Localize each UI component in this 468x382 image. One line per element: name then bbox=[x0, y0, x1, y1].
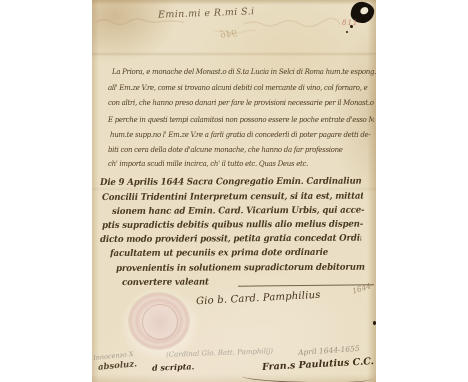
ink-blot-fleck bbox=[360, 7, 369, 15]
pencil-note-daterange: April 1644-1655 bbox=[298, 344, 360, 357]
embossed-seal bbox=[128, 292, 190, 350]
archive-number-red: 811 bbox=[342, 19, 358, 27]
ink-note-absolut: absoluz. bbox=[98, 359, 138, 372]
fold-crease bbox=[92, 53, 376, 55]
petition-line: La Priora, e monache del Monast.o di S.t… bbox=[112, 68, 376, 76]
ink-speck bbox=[373, 321, 376, 325]
petition-line: E perche in questi tempi calamitosi non … bbox=[108, 116, 374, 124]
rescript-line: Die 9 Aprilis 1644 Sacra Congregatio Emi… bbox=[100, 177, 361, 188]
rescript-line: dicto modo provideri possit, petita grat… bbox=[100, 234, 361, 245]
petition-line: all' Em.ze V.re, come si trovano alcuni … bbox=[108, 84, 374, 92]
fold-crease bbox=[92, 188, 376, 190]
manuscript-page: 946 811 Emin.mi e R.mi S.i La Priora, e … bbox=[92, 0, 376, 382]
rescript-line: Concilii Tridentini Interpretum censuit,… bbox=[102, 192, 363, 203]
bleed-through-number: 946 bbox=[220, 29, 238, 41]
signature-flourish bbox=[242, 370, 372, 382]
rescript-line: ptis supradictis debitis quibus nullis a… bbox=[102, 220, 363, 231]
manuscript-photo-stage: 946 811 Emin.mi e R.mi S.i La Priora, e … bbox=[0, 0, 468, 382]
petition-line: con altri, che hanno preso danari per fa… bbox=[108, 99, 374, 107]
rescript-line: facultatem ut pecuniis ex prima dote ord… bbox=[110, 248, 371, 259]
seal-emboss-ring bbox=[142, 304, 178, 340]
cardinal-signature: Gio b. Card. Pamphilius bbox=[196, 290, 321, 308]
petition-line: ch' importa scudi mille incirca, ch' il … bbox=[108, 160, 374, 168]
petition-line: hum.te supp.no l' Em.ze V.re a farli gra… bbox=[110, 131, 376, 139]
rescript-line: provenientis in solutionem supradictorum… bbox=[116, 263, 376, 274]
rescript-line: sionem hanc ad Emin. Card. Vicarium Urbi… bbox=[112, 206, 373, 217]
ink-note-script: d scripta. bbox=[152, 361, 195, 372]
petition-line: biti con cera della dote d'alcune monach… bbox=[108, 146, 374, 154]
